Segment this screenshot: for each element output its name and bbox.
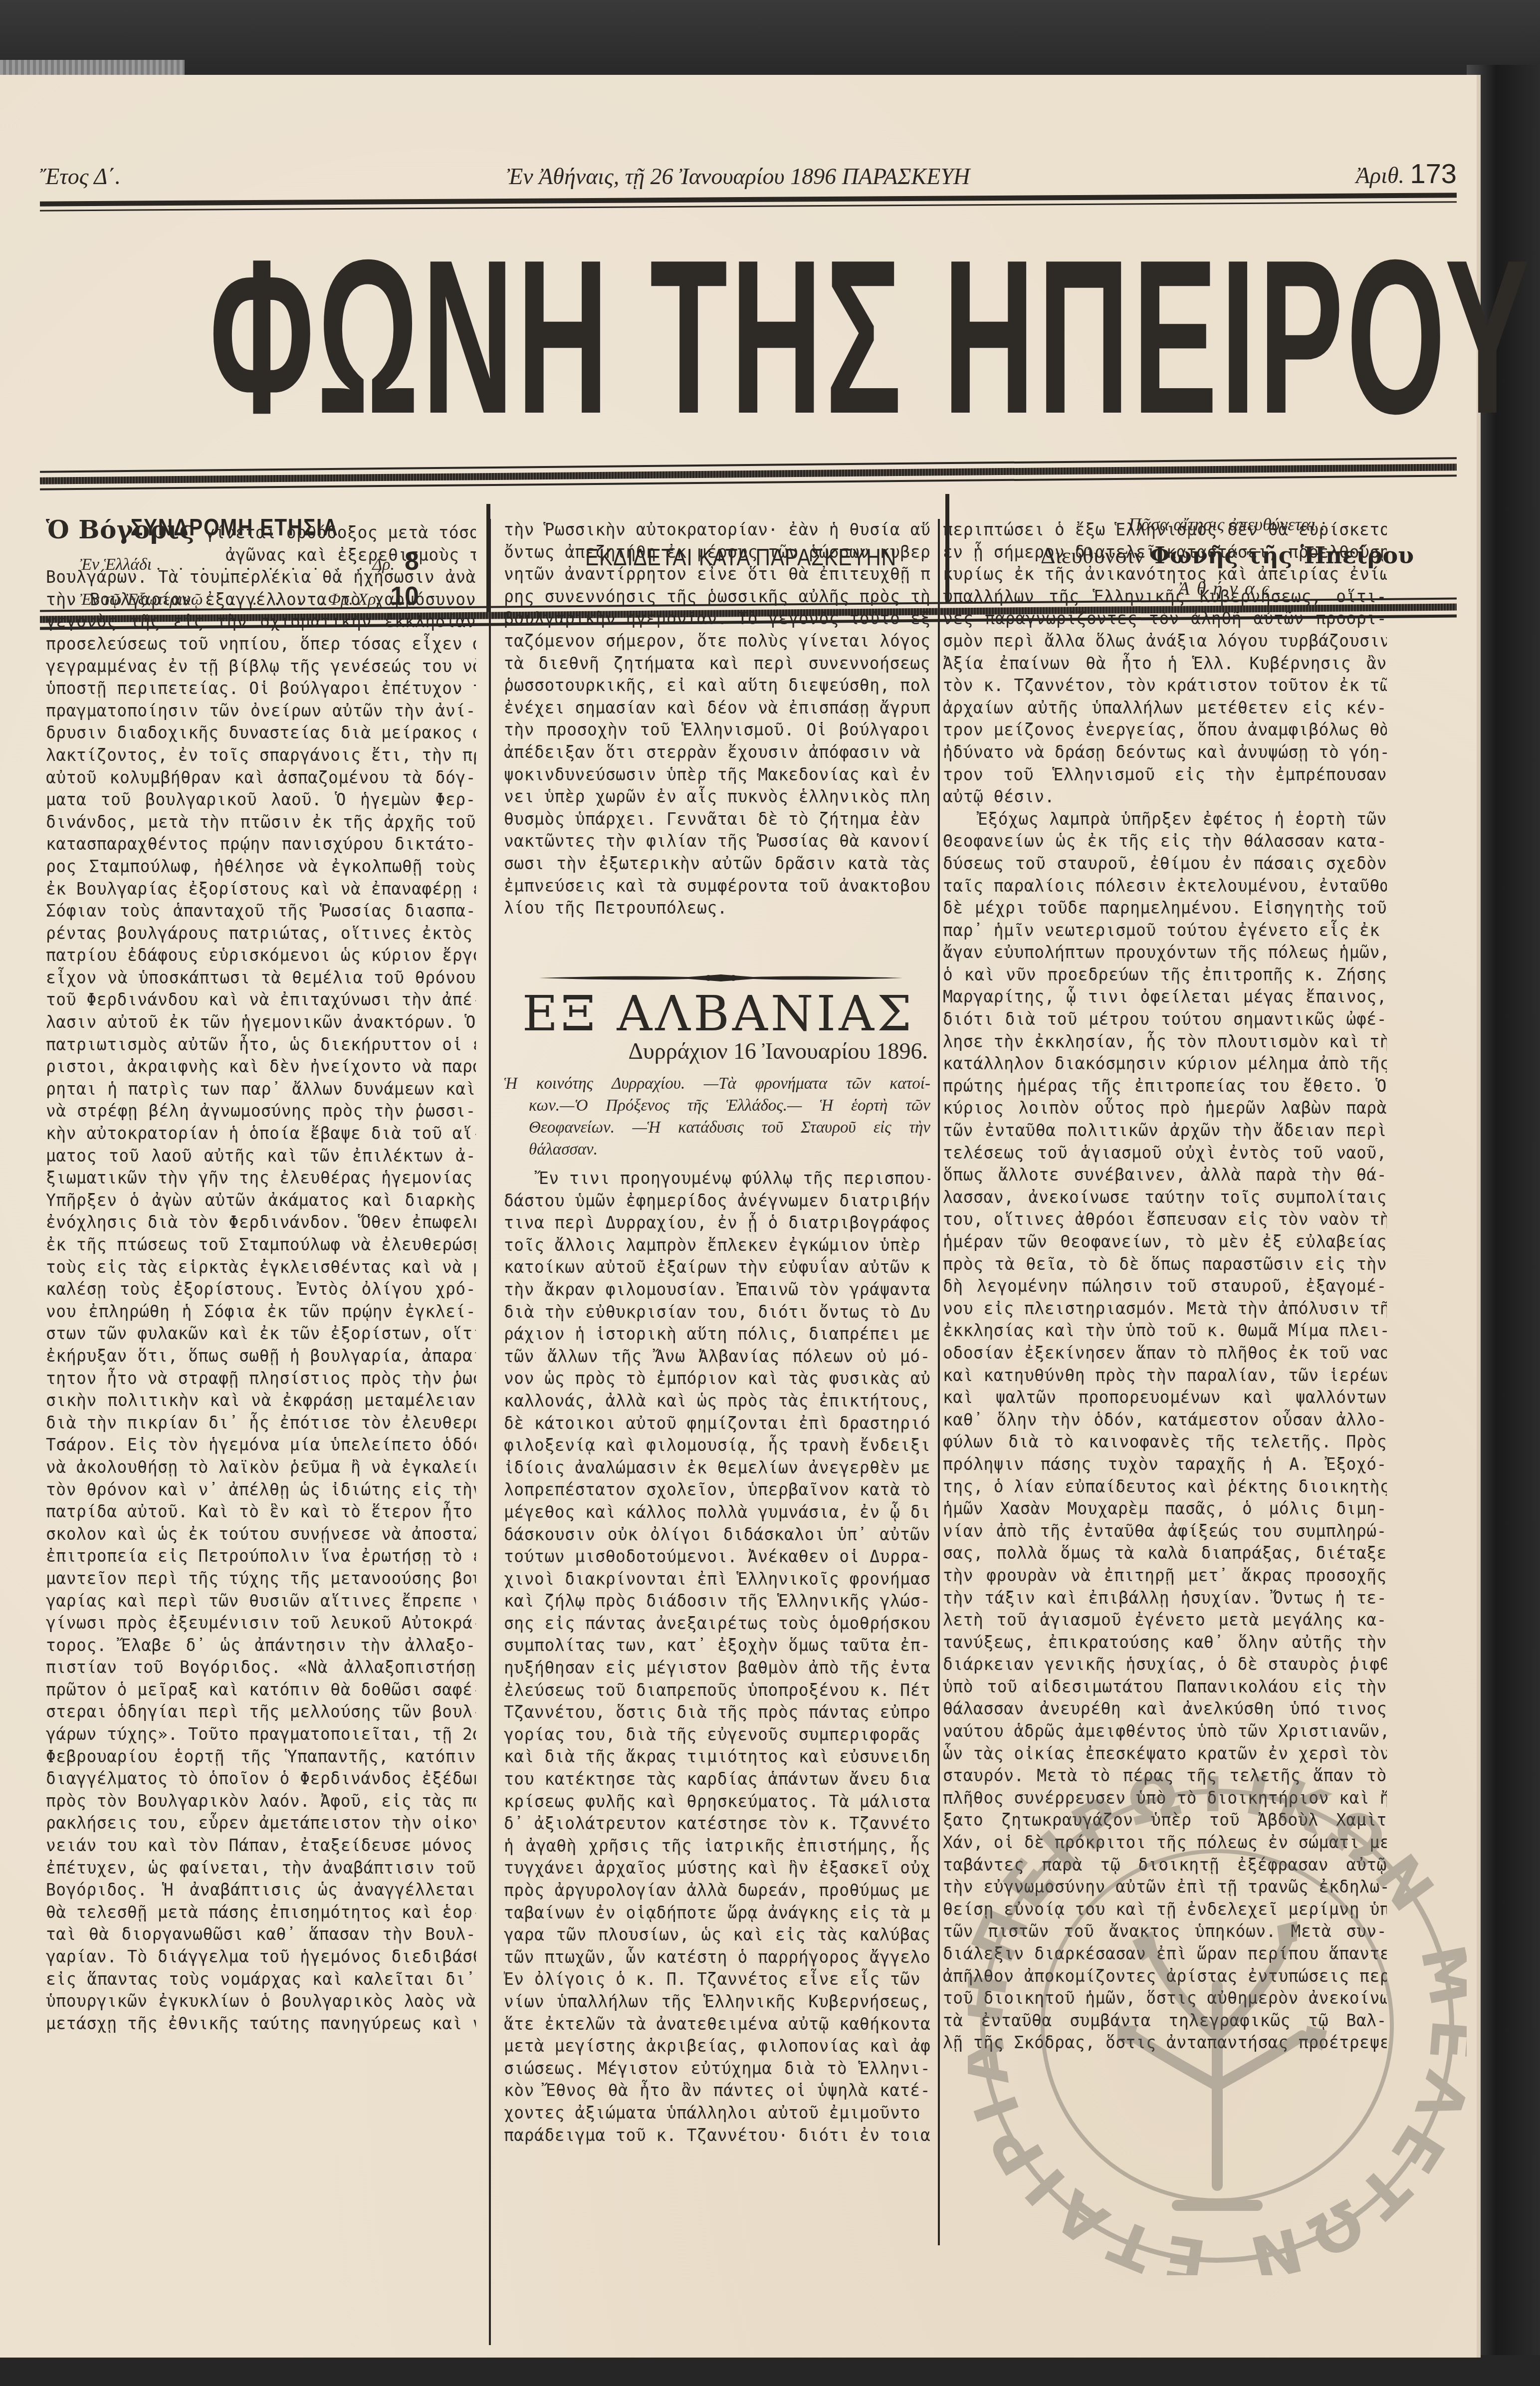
text-line: πιστίαν τοῦ Βογόριδος. «Νὰ ἀλλαξοπιστήσῃ bbox=[46, 1657, 476, 1679]
text-line: ἄγαν εὐυπολήπτων προυχόντων τῆς πόλεως ἡ… bbox=[943, 942, 1387, 964]
text-line: παρ᾽ ἡμῖν νεωτερισμοῦ τούτου ἐγένετο εἷς… bbox=[943, 920, 1387, 942]
section-summary: Ἡ κοινότης Δυρραχίου. —Τὰ φρονήματα τῶν … bbox=[504, 1073, 930, 1161]
text-line: εἰς ἅπαντας τοὺς νομάρχας καὶ καλεῖται δ… bbox=[46, 1968, 476, 1991]
issue-number-block: Ἀριθ. 173 bbox=[1356, 157, 1457, 190]
text-line: ἐκήρυξαν ὅτι, ὅπως σωθῇ ἡ βουλγαρία, ἀπα… bbox=[46, 1345, 476, 1368]
text-line: νὰ στρέφῃ βέλη ἀγνωμοσύνης πρὸς τὴν ῥωσσ… bbox=[46, 1100, 476, 1123]
text-line: ἐνόχλησις διὰ τὸν Φερδινάνδον. Ὅθεν ἐπωφ… bbox=[46, 1211, 476, 1234]
text-line: γίνωσι πρὸς ἐξευμένισιν τοῦ λευκοῦ Αὐτοκ… bbox=[46, 1612, 476, 1635]
text-line: ὑποστῇ περιπετείας. Οἱ βούλγαροι ἐπέτυχο… bbox=[46, 678, 476, 700]
article-lead: Ὁ Βόγορις bbox=[46, 519, 195, 544]
text-line: δὲ κάτοικοι αὐτοῦ φημίζονται ἐπὶ δραστηρ… bbox=[504, 1413, 930, 1435]
text-line: σιώσεως. Μέγιστον εὐτύχημα διὰ τὸ Ἑλληνι… bbox=[504, 2058, 930, 2080]
text-line: τοῦ διοικητοῦ ἡμῶν, ὅστις αὐθημερὸν ἀνεκ… bbox=[943, 1987, 1387, 2010]
column-divider-1 bbox=[489, 519, 491, 2345]
text-line: ἐκ Βουλγαρίας ἐξορίστους καὶ νὰ ἐπαναφέρ… bbox=[46, 878, 476, 901]
text-line: ἅτε ἐκτελῶν τὰ ἀνατεθειμένα αὐτῷ καθήκον… bbox=[504, 2013, 930, 2036]
text-line: ξιωματικῶν τὴν γῆν της ἐλευθέρας ἡγεμονί… bbox=[46, 1167, 476, 1190]
text-line: γάρων τύχης». Τοῦτο πραγματοποιεῖται, τῇ… bbox=[46, 1723, 476, 1746]
text-line: λοπρεπέστατον σχολεῖον, ὑπερβαῖνον κατὰ … bbox=[504, 1479, 930, 1501]
text-line: τὴν Βουλγαρίαν ἐξαγγέλλοντα τὸ χαρμόσυνο… bbox=[46, 589, 476, 611]
text-line: γαρίας καὶ περὶ τῶν θυσιῶν αἵτινες ἔπρεπ… bbox=[46, 1590, 476, 1613]
text-line: χινοὶ διακρίνονται ἐπὶ Ἑλληνικοῖς φρονήμ… bbox=[504, 1568, 930, 1591]
text-line: μετὰ μεγίστης ἀκριβείας, φιλοπονίας καὶ … bbox=[504, 2035, 930, 2058]
text-line: του κατέκτησε τὰς καρδίας ἁπάντων ἄνευ δ… bbox=[504, 1768, 930, 1791]
text-line: σκολον καὶ ὡς ἐκ τούτου συνῄνεσε νὰ ἀποσ… bbox=[46, 1523, 476, 1546]
text-line: λῇ τῆς Σκόδρας, ὅστις ἀνταπαντήσας προέτ… bbox=[943, 2032, 1387, 2054]
text-line: τούτων μισθοδοτούμενοι. Ἀνέκαθεν οἱ Δυρρ… bbox=[504, 1546, 930, 1568]
text-line: θάλασσαν ἀνευρέθη καὶ ἀνελκύσθη ὑπό τινο… bbox=[943, 1698, 1387, 1720]
text-line: κατοίκων αὐτοῦ ἐξαίρων τὴν εὐφυΐαν αὐτῶν… bbox=[504, 1256, 930, 1279]
text-line: σταυρόν. Μετὰ τὸ πέρας τῆς τελετῆς ἅπαν … bbox=[943, 1765, 1387, 1787]
text-line: πατρίου ἐδάφους εὑρισκόμενοι ὡς κύριον ἔ… bbox=[46, 945, 476, 967]
text-line: εἶχον νὰ ὑποσκάπτωσι τὰ θεμέλια τοῦ θρόν… bbox=[46, 967, 476, 989]
text-line: ἀρχαίων αὐτῆς ὑπαλλήλων μετέθετεν εἰς κέ… bbox=[943, 697, 1387, 719]
text-line: ἀγῶνας καὶ ἐξερεθισμοὺς τῶν bbox=[46, 544, 476, 567]
issue-number-label: Ἀριθ. bbox=[1356, 163, 1404, 188]
text-line: νίαν ἀπὸ τῆς ἐνταῦθα ἀφίξεώς του συμπληρ… bbox=[943, 1520, 1387, 1543]
text-line: πρώτης ἡμέρας τῆς ἐπιτροπείας του ἔθετο.… bbox=[943, 1075, 1387, 1098]
text-line: δάστου ὑμῶν ἐφημερίδος ἀνέγνωμεν διατριβ… bbox=[504, 1190, 930, 1212]
text-line: γεγραμμένας ἐν τῇ βίβλῳ τῆς γενέσεώς του… bbox=[46, 656, 476, 678]
text-line: ὄντως ἀπεζητήθη ἐκ μέρους τῶν ῥώσσων κυβ… bbox=[504, 541, 930, 564]
text-line: ἡμῶν Χασὰν Μουχαρὲμ πασᾶς, ὁ μόλις διμη- bbox=[943, 1498, 1387, 1520]
text-line: Βογόριδος. Ἡ ἀναβάπτισις ὡς ἀναγγέλλεται bbox=[46, 1879, 476, 1902]
text-line: κύριος λοιπὸν οὗτος πρὸ ἡμερῶν λαβὼν παρ… bbox=[943, 1097, 1387, 1120]
text-line: διότι διὰ τοῦ μέτρου τούτου σημαντικῶς ὠ… bbox=[943, 1008, 1387, 1031]
text-line: μαντεῖον περὶ τῆς τύχης τῆς μετανοούσης … bbox=[46, 1568, 476, 1590]
section-dateline: Δυρράχιον 16 Ἰανουαρίου 1896. bbox=[549, 1038, 928, 1064]
text-line: νον ὡς πρὸς τὸ ἐμπόριον καὶ τὰς φυσικὰς … bbox=[504, 1368, 930, 1390]
text-line: Ὑπῆρξεν ὁ ἀγὼν αὐτῶν ἀκάματος καὶ διαρκὴ… bbox=[46, 1190, 476, 1212]
text-line: γαρίαν. Τὸ διάγγελμα τοῦ ἡγεμόνος διεδιβ… bbox=[46, 1946, 476, 1968]
text-line: βουλγαρικὴν ἡγεμονίαν. Τὸ γεγονὸς τοῦτο … bbox=[504, 608, 930, 630]
text-line: Βουλγάρων. Τὰ τουμπερλέκια θὰ ἠχήσωσιν ἀ… bbox=[46, 566, 476, 589]
issue-topline: Ἔτος Δ΄. Ἐν Ἀθήναις, τῇ 26 Ἰανουαρίου 18… bbox=[40, 150, 1457, 190]
text-line: πρόληψιν πάσης τυχὸν ταραχῆς ἡ Α. Ἐξοχό- bbox=[943, 1453, 1387, 1476]
text-line: Σόφιαν τοὺς ἁπανταχοῦ τῆς Ῥωσσίας διασπα… bbox=[46, 900, 476, 923]
book-binding-bottom bbox=[0, 2355, 1540, 2386]
text-line: της, ὁ λίαν εὐπαίδευτος καὶ ῥέκτης διοικ… bbox=[943, 1476, 1387, 1498]
text-line: θὰ τελεσθῇ μετὰ πάσης ἐπισημότητος καὶ ἑ… bbox=[46, 1902, 476, 1924]
text-line: λετὴ τοῦ ἁγιασμοῦ ἐγένετο μετὰ μεγάλης κ… bbox=[943, 1609, 1387, 1632]
text-line: ναύτου ἁδρῶς ἀμειφθέντος ὑπὸ τῶν Χριστια… bbox=[943, 1720, 1387, 1743]
article-albania: Ἔν τινι προηγουμένῳ φύλλῳ τῆς περισπου- … bbox=[504, 1168, 930, 2147]
text-line: τινα περὶ Δυρραχίου, ἐν ᾗ ὁ διατριβογράφ… bbox=[504, 1212, 930, 1234]
text-line: Τσάρον. Εἰς τὸν ἡγεμόνα μία ὑπελείπετο ὁ… bbox=[46, 1434, 476, 1456]
text-line: Μαργαρίτης, ᾧ τινι ὀφείλεται μέγας ἔπαιν… bbox=[943, 986, 1387, 1008]
text-line: μέγεθος καὶ κάλλος πολλὰ γυμνάσια, ἐν ᾧ … bbox=[504, 1501, 930, 1524]
text-line: ἀπέδειξαν ὅτι στερρὰν ἔχουσιν ἀπόφασιν ν… bbox=[504, 741, 930, 764]
text-line: παράδειγμα τοῦ κ. Τζαννέτου· διότι ἐν το… bbox=[504, 2125, 930, 2147]
text-line: ὁ καὶ νῦν προεδρεύων τῆς ἐπιτροπῆς κ. Ζή… bbox=[943, 964, 1387, 986]
article-bogoris-continued: τὴν Ῥωσσικὴν αὐτοκρατορίαν· ἐὰν ἡ θυσία … bbox=[504, 519, 930, 920]
text-line: συμπολίτας των, κατ᾽ ἐξοχὴν ὅμως ταῦτα ἐ… bbox=[504, 1635, 930, 1657]
text-line: ὑπουργικῶν ἐγκυκλίων ὁ βουλγαρικὸς λαὸς … bbox=[46, 1990, 476, 2013]
text-line: σμὸν περὶ ἄλλα ὅλως ἀνάξια λόγου τυρβάζο… bbox=[943, 630, 1387, 653]
text-line: νίων ὑπαλλήλων τῆς Ἑλληνικῆς Κυβερνήσεως… bbox=[504, 1991, 930, 2013]
text-line: ἐπέτυχεν, ὡς φαίνεται, τὴν ἀναβάπτισιν τ… bbox=[46, 1857, 476, 1880]
text-line: νητῶν ἀναντίρρητον εἶνε ὅτι θὰ ἐπιτευχθῇ… bbox=[504, 563, 930, 586]
text-line: πρὸς τὰ θεῖα, τὸ δὲ ὅπως παραστῶσιν εἰς … bbox=[943, 1253, 1387, 1276]
text-line: μετάσχῃ τῆς ἐθνικῆς ταύτης πανηγύρεως κα… bbox=[46, 2013, 476, 2035]
text-line: δύσεως τοῦ σταυροῦ, ἐθίμου ἐν πάσαις σχε… bbox=[943, 853, 1387, 875]
text-line: καὶ κατηυθύνθη πρὸς τὴν παραλίαν, τῶν ἱε… bbox=[943, 1365, 1387, 1387]
text-line: Ἀξία ἐπαίνων θὰ ἦτο ἡ Ἑλλ. Κυβέρνησις ἂν bbox=[943, 653, 1387, 675]
text-line: καὶ ζήλῳ πρὸς διάδοσιν τῆς Ἑλληνικῆς γλώ… bbox=[504, 1590, 930, 1613]
text-line: τὰ ἐνταῦθα συμβάντα τηλεγραφικῶς τῷ Βαλ- bbox=[943, 2010, 1387, 2032]
text-line: τῶν πιστῶν τοῦ ἄνακτος ὑπηκόων. Μετὰ συν… bbox=[943, 1920, 1387, 1943]
text-line: Ἔν τινι προηγουμένῳ φύλλῳ τῆς περισπου- bbox=[504, 1168, 930, 1190]
text-line: πατρίδα αὐτοῦ. Καὶ τὸ ἓν καὶ τὸ ἕτερον ἦ… bbox=[46, 1501, 476, 1523]
article-albania-continued: περιπτώσει ὁ ἔξω Ἑλληνισμὸς δὲν θὰ εὑρίσ… bbox=[943, 519, 1387, 2054]
text-line: Ἐν ὀλίγοις ὁ κ. Π. Τζαννέτος εἶνε εἷς τῶ… bbox=[504, 1968, 930, 1991]
text-line: ἐκ τῆς πτώσεως τοῦ Σταμπούλωφ νὰ ἐλευθερ… bbox=[46, 1234, 476, 1256]
text-line: κρίσεως φυλῆς καὶ θρησκεύματος. Τὰ μάλισ… bbox=[504, 1791, 930, 1813]
text-line: Θεοφανείων ὡς ἐκ τῆς εἰς τὴν θάλασσαν κα… bbox=[943, 830, 1387, 853]
text-line: τὴν Ῥωσσικὴν αὐτοκρατορίαν· ἐὰν ἡ θυσία … bbox=[504, 519, 930, 541]
text-line: ἰδίοις ἀναλώμασιν ἐκ θεμελίων ἀνεγερθὲν … bbox=[504, 1457, 930, 1479]
text-line: τρον τοῦ Ἑλληνισμοῦ εἰς τὴν ἐμπρέπουσαν bbox=[943, 764, 1387, 786]
text-line: ηυξήθησαν εἰς μέγιστον βαθμὸν ἀπὸ τῆς ἐν… bbox=[504, 1657, 930, 1679]
text-line: σωσι τὴν ἐξωτερικὴν αὐτῶν δρᾶσιν κατὰ τὰ… bbox=[504, 853, 930, 875]
summary-line: Ἡ κοινότης Δυρραχίου. —Τὰ φρονήματα τῶν … bbox=[504, 1073, 930, 1095]
text-line: καλλονάς, ἀλλὰ καὶ ὡς πρὸς τὰς ἐπικτήτου… bbox=[504, 1390, 930, 1413]
text-line: γορίας του, διὰ τῆς εὐγενοῦς συμπεριφορᾶ… bbox=[504, 1724, 930, 1746]
text-line: φιλοξενίᾳ καὶ φιλομουσίᾳ, ἧς τρανὴ ἔνδει… bbox=[504, 1434, 930, 1457]
text-line: ἐπιτροπεία εἰς Πετρούπολιν ἵνα ἐρωτήσῃ τ… bbox=[46, 1545, 476, 1568]
text-line: τὴν προσοχὴν τοῦ Ἑλληνισμοῦ. Οἱ βούλγαρο… bbox=[504, 719, 930, 741]
text-line: τητον ἦτο νὰ στραφῇ πλησίστιος πρὸς τὴν … bbox=[46, 1368, 476, 1390]
text-line: τὸν θρόνον καὶ ν᾽ ἀπέλθῃ ὡς ἰδιώτης εἰς … bbox=[46, 1479, 476, 1501]
text-line: κατασπαραχθέντος πρῴην πανισχύρου δικτάτ… bbox=[46, 833, 476, 856]
text-line: κατάλληλον διακόσμησιν κύριον μέλημα ἀπὸ… bbox=[943, 1053, 1387, 1075]
text-line: στεραι ὁδηγίαι περὶ τῆς μελλούσης τῶν βο… bbox=[46, 1701, 476, 1723]
text-line: αὐτοῦ κολυμβήθραν καὶ ἀσπαζομένου τὰ δόγ… bbox=[46, 767, 476, 789]
text-line: λίου τῆς Πετρουπόλεως. bbox=[504, 897, 930, 920]
text-line: ταβάντες παρὰ τῷ διοικητῇ ἐξέφρασαν αὐτῷ bbox=[943, 1854, 1387, 1877]
text-line: ρος Σταμπούλωφ, ἠθέλησε νὰ ἐγκολπωθῇ τοὺ… bbox=[46, 856, 476, 878]
text-line: δάσκουσιν οὐκ ὀλίγοι διδάσκαλοι ὑπ᾽ αὐτῶ… bbox=[504, 1524, 930, 1546]
text-line: τυγχάνει ἀρχαῖος μύστης καὶ ἣν ἐξασκεῖ ο… bbox=[504, 1857, 930, 1880]
article-bogoris: Ὁ Βόγορις γίνεται ὀρθόδοξος μετὰ τόσους … bbox=[46, 519, 476, 2035]
text-line: λησε τὴν ἐκκλησίαν, ἧς τὸν πλουτισμὸν κα… bbox=[943, 1031, 1387, 1053]
text-line: ψοκινδυνεύσωσιν ὑπὲρ τῆς Μακεδονίας καὶ … bbox=[504, 764, 930, 786]
text-line: πρῶτον ὁ μεῖραξ καὶ κατόπιν θὰ δοθῶσι σα… bbox=[46, 1679, 476, 1701]
text-line: νου ἐπληρώθη ἡ Σόφια ἐκ τῶν πρῴην ἐγκλεί… bbox=[46, 1301, 476, 1323]
text-line: Ἐξόχως λαμπρὰ ὑπῆρξεν ἐφέτος ἡ ἑορτὴ τῶν bbox=[943, 808, 1387, 831]
text-line: ταὶ θὰ διοργανωθῶσι καθ᾽ ἅπασαν τὴν Βουλ… bbox=[46, 1923, 476, 1946]
text-line: ταζόμενον σήμερον, ὅτε πολὺς γίνεται λόγ… bbox=[504, 630, 930, 653]
text-line: δ᾽ ἀξιολάτρευτον κατέστησε τὸν κ. Τζαννέ… bbox=[504, 1813, 930, 1835]
text-line: λασσαν, ἀνεκοίνωσε ταύτην τοῖς συμπολίτα… bbox=[943, 1187, 1387, 1209]
text-line: θείσῃ εὐνοίᾳ του καὶ τῇ ἐνδελεχεῖ μερίμν… bbox=[943, 1899, 1387, 1921]
masthead-title: ΦΩΝΗ ΤΗΣ ΗΠΕΙΡΟΥ bbox=[210, 211, 1199, 463]
text-line: καὶ διὰ τῆς ἄκρας τιμιότητος καὶ εὐσυνει… bbox=[504, 1746, 930, 1768]
text-line: διάρκειαν γενικῆς ἡσυχίας, ὁ δὲ σταυρὸς … bbox=[943, 1654, 1387, 1676]
text-line: ὑπὸ τοῦ αἰδεσιμωτάτου Παπανικολάου εἰς τ… bbox=[943, 1676, 1387, 1698]
text-line: πατριωτισμὸς αὐτῶν ἦτο, ὡς διεκήρυττον ο… bbox=[46, 1034, 476, 1056]
text-line: διαγγέλματος τὸ ὁποῖον ὁ Φερδινάνδος ἐξέ… bbox=[46, 1768, 476, 1790]
masthead: ΦΩΝΗ ΤΗΣ ΗΠΕΙΡΟΥ bbox=[210, 225, 782, 449]
text-line: ῥωσσοτουρκικῆς, εἰ καὶ αὕτη διεψεύσθη, π… bbox=[504, 675, 930, 697]
text-line: νειάν του καὶ τὸν Πάπαν, ἐταξείδευσε μόν… bbox=[46, 1835, 476, 1857]
text-line: κυρίως ἐκ τῆς ἀνικανότητος καὶ ἀπειρίας … bbox=[943, 563, 1387, 586]
text-line: νει ὑπὲρ χωρῶν ἐν αἷς πυκνὸς ἑλληνικὸς π… bbox=[504, 786, 930, 808]
text-line: ἐμπνεύσεις καὶ τὰ συμφέροντα τοῦ ἀνακτοβ… bbox=[504, 875, 930, 898]
text-line: καθ᾽ ὅλην τὴν ὁδόν, κατάμεστον οὖσαν ἀλλ… bbox=[943, 1409, 1387, 1432]
text-line: ταβαίνων ἐν οἱᾳδήποτε ὥρᾳ ἀνάγκης εἰς τὰ… bbox=[504, 1902, 930, 1924]
text-line: τρον μείζονος ἐνεργείας, ὅπου ἀναμφιβόλω… bbox=[943, 719, 1387, 741]
text-line: τῶν ἄλλων τῆς Ἄνω Ἀλβανίας πόλεων οὐ μό- bbox=[504, 1346, 930, 1368]
text-line: σικὴν πολιτικὴν καὶ νὰ ἐκφράσῃ μεταμέλει… bbox=[46, 1390, 476, 1412]
summary-line: κων.—Ὁ Πρόξενος τῆς Ἑλλάδος.— Ἡ ἑορτὴ τῶ… bbox=[504, 1095, 930, 1117]
text-line: καὶ ψαλτῶν προπορευομένων καὶ ψαλλόντων bbox=[943, 1387, 1387, 1409]
text-line: Τζαννέτου, ὅστις διὰ τῆς πρὸς πάντας εὐπ… bbox=[504, 1701, 930, 1724]
text-line: ματος τοῦ λαοῦ αὐτῆς καὶ τῶν ἐπιλέκτων ἀ… bbox=[46, 1145, 476, 1168]
text-line: τοῦ Φερδινάνδου καὶ νὰ ἐπιταχύνωσι τὴν ἀ… bbox=[46, 989, 476, 1011]
text-line: ἐλεύσεως τοῦ διαπρεποῦς ὑποπροξένου κ. Π… bbox=[504, 1679, 930, 1702]
text-line: τὴν φρουρὰν νὰ ἐπιτηρῇ μετ᾽ ἄκρας προσοχ… bbox=[943, 1565, 1387, 1587]
text-line: γεγονὸς τῆς εἰς τὴν σχισματικὴν ἐκκλησία… bbox=[46, 611, 476, 633]
text-line: ἠδύνατο νὰ δράσῃ δεόντως καὶ ἀνυψώσῃ τὸ … bbox=[943, 741, 1387, 764]
text-line: τοῖς ἄλλοις λαμπρὸν ἔπλεκεν ἐγκώμιον ὑπὲ… bbox=[504, 1234, 930, 1257]
text-line: δρυσιν διαδοχικῆς δυναστείας διὰ μείρακο… bbox=[46, 722, 476, 744]
text-line: πρὸς τὸν Βουλγαρικὸν λαόν. Ἀφοῦ, εἰς τὰς… bbox=[46, 1790, 476, 1813]
text-line: προσελεύσεως τοῦ νηπίου, ὅπερ τόσας εἶχε… bbox=[46, 633, 476, 656]
text-line: ἐν ᾗ σήμερον διατελεῖ καταστάσει, προελθ… bbox=[943, 541, 1387, 564]
text-line: λασιν αὐτοῦ ἐκ τῶν ἡγεμονικῶν ἀνακτόρων.… bbox=[46, 1011, 476, 1034]
text-line: θυσμὸς ὑπάρχει. Γεννᾶται δὲ τὸ ζήτημα ἐὰ… bbox=[504, 808, 930, 831]
text-line: ρακλήσεις του, εὗρεν ἀμετάπειστον τὴν οἰ… bbox=[46, 1812, 476, 1835]
text-line: τὴν εὐγνωμοσύνην αὐτῶν ἐπὶ τῇ τρανῶς ἐκδ… bbox=[943, 1876, 1387, 1899]
text-line: δινάνδος, μετὰ τὴν πτῶσιν ἐκ τῆς ἀρχῆς τ… bbox=[46, 811, 476, 834]
text-line: χοντες ἀξιώματα ὑπάλληλοι αὐτοῦ ἐμιμοῦντ… bbox=[504, 2102, 930, 2125]
text-line: λακτίζοντος, ἐν τοῖς σπαργάνοις ἔτι, τὴν… bbox=[46, 744, 476, 767]
text-line: Φεβρουαρίου ἑορτῇ τῆς Ὑπαπαντῆς, κατόπιν bbox=[46, 1746, 476, 1768]
text-line: ριστοι, ἀκραιφνὴς καὶ δὲν ἠνείχοντο νὰ π… bbox=[46, 1056, 476, 1078]
text-line: νου εἰς πλειστηριασμόν. Μετὰ τὴν ἀπόλυσι… bbox=[943, 1298, 1387, 1320]
text-line: τῶν ἐνταῦθα πολιτικῶν ἀρχῶν τὴν ἄδειαν π… bbox=[943, 1120, 1387, 1142]
text-line: τῶν πτωχῶν, ὧν κατέστη ὁ παρρήγορος ἄγγε… bbox=[504, 1946, 930, 1969]
text-line: τὸν κ. Τζαννέτον, τὸν κράτιστον τοῦτον ἐ… bbox=[943, 675, 1387, 697]
text-line: αὐτῷ θέσιν. bbox=[943, 786, 1387, 808]
issue-number: 173 bbox=[1410, 158, 1457, 189]
issue-dateline: Ἐν Ἀθήναις, τῇ 26 Ἰανουαρίου 1896 ΠΑΡΑΣΚ… bbox=[507, 163, 970, 190]
column-divider-2 bbox=[938, 519, 940, 2245]
text-line: γαρα τῶν πλουσίων, ὡς καὶ εἰς τὰς καλύβα… bbox=[504, 1924, 930, 1946]
text-line: ράχιον ἡ ἱστορικὴ αὕτη πόλις, διαπρέπει … bbox=[504, 1323, 930, 1346]
text-line: ὑπαλλήλων τῆς Ἑλληνικῆς Κυβερνήσεως, οἵτ… bbox=[943, 586, 1387, 608]
text-line: ὅπως ἄλλοτε συνέβαινεν, ἀλλὰ παρὰ τὴν θά… bbox=[943, 1164, 1387, 1187]
year-label: Ἔτος Δ΄. bbox=[40, 163, 121, 190]
text-line: τὴν τάξιν καὶ ἐπιβάλλῃ ἡσυχίαν. Ὄντως ἡ … bbox=[943, 1587, 1387, 1610]
text-line: τὰ διεθνῆ ζητήματα καὶ περὶ συνεννοήσεως bbox=[504, 653, 930, 675]
text-line: πραγματοποίησιν τῶν ὀνείρων αὐτῶν τὴν ἀν… bbox=[46, 700, 476, 722]
text-line: ἀπῆλθον ἀποκομίζοντες ἀρίστας ἐντυπώσεις… bbox=[943, 1965, 1387, 1988]
text-line: ἐνέχει σημασίαν καὶ δέον νὰ ἐπισπάσῃ ἄγρ… bbox=[504, 697, 930, 719]
text-line: ρηται ἡ πατρὶς των παρ᾽ ἄλλων δυνάμεων κ… bbox=[46, 1078, 476, 1101]
text-line: γίνεται ὀρθόδοξος μετὰ τόσους bbox=[205, 523, 476, 542]
text-line: διάλεξιν διαρκέσασαν ἐπὶ ὥραν περίπου ἅπ… bbox=[943, 1943, 1387, 1965]
text-line: τορος. Ἔλαβε δ᾽ ὡς ἀπάντησιν τὴν ἀλλαξο- bbox=[46, 1635, 476, 1657]
text-line: νὰ ἀκολουθήσῃ τὸ λαϊκὸν ῥεῦμα ἢ νὰ ἐγκαλ… bbox=[46, 1456, 476, 1479]
text-line: πλῆθος συνέρρευσεν ὑπὸ τὸ διοικητήριον κ… bbox=[943, 1787, 1387, 1810]
text-line: ὧν τὰς οἰκίας ἐπεσκέψατο κρατῶν ἐν χερσὶ… bbox=[943, 1743, 1387, 1765]
summary-line: Θεοφανείων. —Ἡ κατάδυσις τοῦ Σταυροῦ εἰς… bbox=[504, 1117, 930, 1139]
text-line: νες παραγνωρίζοντες τὸν ἀληθῆ αὐτῶν προο… bbox=[943, 608, 1387, 630]
text-line: ἐκκλησίας καὶ τὴν ὑπὸ τοῦ κ. Θωμᾶ Μίμα π… bbox=[943, 1320, 1387, 1342]
section-title-albania: ΕΞ ΑΛΒΑΝΙΑΣ bbox=[519, 985, 918, 1042]
text-line: τὴν ἄκραν φιλομουσίαν. Ἐπαινῶ τὸν γράψαν… bbox=[504, 1279, 930, 1301]
text-line: φύλων διὰ τὸ καινοφανὲς τῆς τελετῆς. Πρὸ… bbox=[943, 1431, 1387, 1453]
text-line: σης εἰς πάντας ἀνεξαιρέτως τοὺς ὁμοθρήσκ… bbox=[504, 1613, 930, 1635]
text-line: ξατο ζητωκραυγάζον ὑπὲρ τοῦ Ἀβδοὺλ Χαμὶτ bbox=[943, 1809, 1387, 1832]
text-line: ταῖς παραλίοις πόλεσιν ἐκτελουμένου, ἐντ… bbox=[943, 875, 1387, 898]
text-line: τοὺς εἰς τὰς εἱρκτὰς ἐγκλεισθέντας καὶ ν… bbox=[46, 1256, 476, 1279]
text-line: κὸν Ἔθνος θὰ ἦτο ἂν πάντες οἱ ὑψηλὰ κατέ… bbox=[504, 2080, 930, 2102]
text-line: Χάν, οἱ δὲ πρόκριτοι τῆς πόλεως ἐν σώματ… bbox=[943, 1832, 1387, 1854]
summary-line: θάλασσαν. bbox=[504, 1139, 930, 1161]
text-line: ρης συνεννόησις τῆς ῥωσσικῆς αὐλῆς πρὸς … bbox=[504, 586, 930, 608]
text-line: ματα τοῦ βουλγαρικοῦ λαοῦ. Ὁ ἡγεμὼν Φερ- bbox=[46, 789, 476, 811]
text-line: νακτῶντες τὴν φιλίαν τῆς Ῥωσσίας θὰ κανο… bbox=[504, 830, 930, 853]
text-line: του, οἵτινες ἀθρόοι ἔσπευσαν εἰς τὸν ναὸ… bbox=[943, 1208, 1387, 1231]
article-first-line: Ὁ Βόγορις γίνεται ὀρθόδοξος μετὰ τόσους bbox=[46, 519, 476, 544]
text-line: ρέντας βουλγάρους πατριώτας, οἵτινες ἐκτ… bbox=[46, 923, 476, 945]
text-line: τελέσεως τοῦ ἁγιασμοῦ οὐχὶ ἐντὸς τοῦ ναο… bbox=[943, 1142, 1387, 1165]
text-line: περιπτώσει ὁ ἔξω Ἑλληνισμὸς δὲν θὰ εὑρίσ… bbox=[943, 519, 1387, 541]
text-line: τανύξεως, ἐπικρατούσης καθ᾽ ὅλην αὐτῆς τ… bbox=[943, 1632, 1387, 1654]
text-line: πρὸς ἀργυρολογίαν ἀλλὰ δωρεάν, προθύμως … bbox=[504, 1880, 930, 1902]
top-rule-thick bbox=[40, 193, 1457, 206]
section-ornament bbox=[539, 973, 903, 983]
text-line: ἡμέραν τῶν Θεοφανείων, τὸ μὲν ἐξ εὐλαβεί… bbox=[943, 1231, 1387, 1253]
text-line: ἡ ἀγαθὴ χρῆσις τῆς ἰατρικῆς ἐπιστήμης, ἧ… bbox=[504, 1835, 930, 1858]
text-line: κὴν αὐτοκρατορίαν ἡ ὁποία ἔβαψε διὰ τοῦ … bbox=[46, 1123, 476, 1145]
text-line: δὲ μέχρι τοῦδε παρημελημένου. Εἰσηγητὴς … bbox=[943, 897, 1387, 920]
text-line: στων τῶν φυλακῶν καὶ ἐκ τῶν ἐξορίστων, ο… bbox=[46, 1323, 476, 1345]
text-line: δὴ λεγομένην πώλησιν τοῦ σταυροῦ, ἐξαγομ… bbox=[943, 1275, 1387, 1298]
text-line: διὰ τὴν πικρίαν δι᾽ ἧς ἐπότισε τὸν ἐλευθ… bbox=[46, 1412, 476, 1434]
text-line: σας, πολλὰ ὅμως τὰ καλὰ διαπράξας, διέτα… bbox=[943, 1542, 1387, 1565]
text-line: καλέσῃ τοὺς ἐξορίστους. Ἐντὸς ὀλίγου χρό… bbox=[46, 1278, 476, 1301]
text-line: διὰ τὴν εὐθυκρισίαν του, διότι ὄντως τὸ … bbox=[504, 1301, 930, 1324]
text-line: οδοσίαν ἐξεκίνησεν ἅπαν τὸ πλῆθος ἐκ τοῦ… bbox=[943, 1342, 1387, 1365]
